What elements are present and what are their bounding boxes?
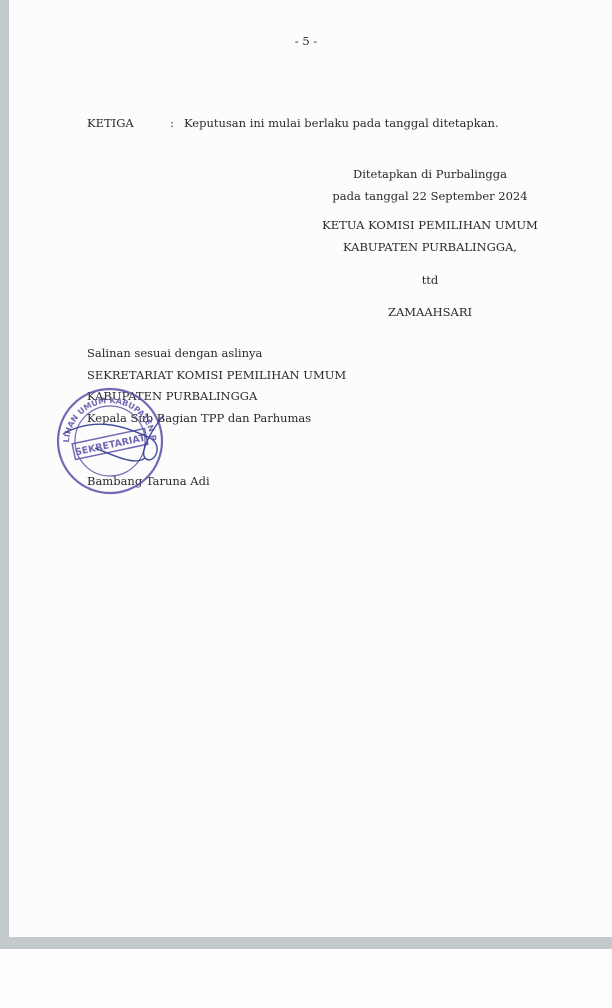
decision-text: Keputusan ini mulai berlaku pada tanggal… xyxy=(184,116,499,130)
decision-label: KETIGA xyxy=(87,116,134,130)
scan-border-bottom xyxy=(0,937,612,949)
official-stamp-icon: KOMISI PEMILIHAN UMUM KABUPATEN PURBALIN… xyxy=(55,386,165,496)
scan-border-left xyxy=(0,0,9,949)
page-number: - 5 - xyxy=(0,34,612,48)
certified-copy-line1: Salinan sesuai dengan aslinya xyxy=(87,346,262,360)
signature-place: Ditetapkan di Purbalingga xyxy=(300,167,560,181)
signer-name: ZAMAAHSARI xyxy=(300,305,560,319)
certified-copy-line2: SEKRETARIAT KOMISI PEMILIHAN UMUM xyxy=(87,368,346,382)
signed-mark: ttd xyxy=(300,273,560,287)
signer-title-line1: KETUA KOMISI PEMILIHAN UMUM xyxy=(300,218,560,232)
signature-date: pada tanggal 22 September 2024 xyxy=(300,189,560,203)
decision-separator: : xyxy=(170,116,174,130)
signer-title-line2: KABUPATEN PURBALINGGA, xyxy=(300,240,560,254)
